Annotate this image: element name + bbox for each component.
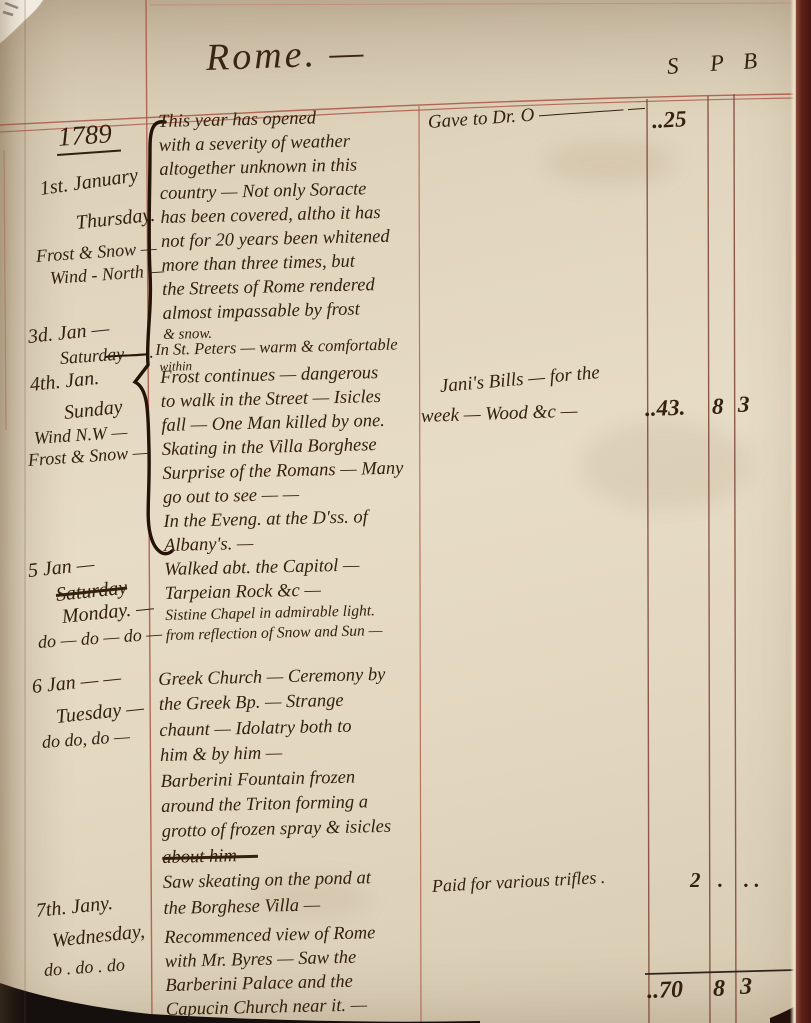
expense-note: Jani's Bills — for the bbox=[439, 362, 601, 398]
diary-ledger-page: Rome. — S P B 1789 1st. January Thursday… bbox=[0, 0, 811, 1023]
text-line: from reflection of Snow and Sun — bbox=[166, 621, 383, 646]
entry-date: 7th. Jany. bbox=[35, 892, 114, 923]
entry-ditto: do — do — do — bbox=[37, 623, 163, 653]
entry-date: 3d. Jan — bbox=[27, 318, 111, 349]
column-header-paoli: P bbox=[709, 50, 725, 77]
book-cover-strip bbox=[796, 0, 811, 1023]
column-header-scudi: S bbox=[666, 53, 680, 80]
entry-day: Thursday. bbox=[75, 204, 156, 235]
amount-baiocchi: . . bbox=[744, 868, 760, 893]
expense-note: week — Wood &c — bbox=[421, 401, 578, 428]
entry-text: Greek Church — Ceremony by the Greek Bp.… bbox=[158, 663, 393, 922]
amount-paoli: . bbox=[718, 868, 723, 893]
expense-note: Paid for various trifles . bbox=[431, 867, 605, 897]
entry-date: 1st. January bbox=[38, 164, 139, 201]
entry-day: Tuesday — bbox=[55, 697, 145, 729]
entry-day: Wednesday, bbox=[51, 920, 146, 953]
entry-text: Frost continues — dangerous to walk in t… bbox=[160, 361, 405, 558]
entry-date: 5 Jan — bbox=[27, 553, 96, 583]
column-header-baiocchi: B bbox=[742, 48, 758, 75]
text-line: Walked abt. the Capitol — bbox=[164, 553, 381, 582]
amount-paoli: 8 bbox=[712, 394, 724, 420]
amount-baiocchi: 3 bbox=[738, 392, 750, 418]
entry-text: Walked abt. the Capitol — Tarpeian Rock … bbox=[164, 553, 383, 646]
text-line: Saw skeating on the pond at bbox=[163, 866, 393, 897]
page-title: Rome. — bbox=[205, 30, 367, 80]
entry-date: 4th. Jan. bbox=[29, 367, 100, 397]
page-crease bbox=[24, 0, 26, 1023]
text-line: the Borghese Villa — bbox=[163, 891, 393, 922]
total-paoli: 8 bbox=[713, 976, 725, 1003]
amount-scudi: 2 bbox=[690, 868, 701, 893]
entry-date: 6 Jan — — bbox=[31, 667, 122, 699]
paper-stain bbox=[545, 140, 675, 185]
total-scudi: ..70 bbox=[647, 977, 684, 1005]
totals-sum-line bbox=[645, 970, 796, 974]
year-heading: 1789 bbox=[55, 118, 121, 156]
expense-note: Gave to Dr. O ————— — bbox=[427, 97, 645, 134]
amount-scudi: ..25 bbox=[651, 106, 687, 134]
amount-scudi: ..43. bbox=[645, 395, 686, 422]
red-rule-top bbox=[150, 3, 811, 5]
text-line: grotto of frozen spray & isicles bbox=[161, 815, 391, 846]
entry-ditto: do do, do — bbox=[41, 726, 130, 753]
entry-day: Sunday bbox=[63, 396, 124, 425]
entry-text: Recommenced view of Rome with Mr. Byres … bbox=[164, 921, 377, 1022]
entry-ditto: do . do . do bbox=[43, 954, 125, 981]
text-line: Capucin Church near it. — bbox=[166, 993, 378, 1022]
entry-text: This year has opened with a severity of … bbox=[158, 105, 392, 344]
total-baiocchi: 3 bbox=[740, 974, 752, 1001]
paper-stain bbox=[580, 420, 750, 510]
entry-day: Saturday — . bbox=[59, 341, 154, 368]
